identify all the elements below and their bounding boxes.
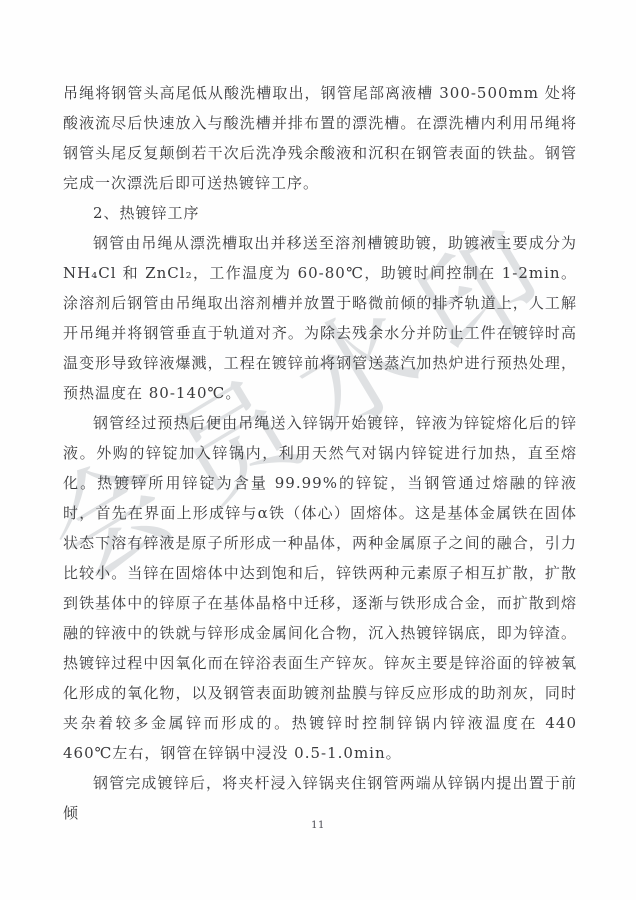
page-number: 11 [0, 820, 636, 831]
document-body: 吊绳将钢管头高尾低从酸洗槽取出，钢管尾部离液槽 300-500mm 处将酸液流尽… [63, 78, 577, 828]
paragraph: 吊绳将钢管头高尾低从酸洗槽取出，钢管尾部离液槽 300-500mm 处将酸液流尽… [63, 78, 577, 198]
paragraph: 钢管经过预热后便由吊绳送入锌锅开始镀锌，锌液为锌锭熔化后的锌液。外购的锌锭加入锌… [63, 408, 577, 768]
document-page: 会员水印 吊绳将钢管头高尾低从酸洗槽取出，钢管尾部离液槽 300-500mm 处… [0, 0, 636, 900]
paragraph: 钢管完成镀锌后，将夹杆浸入锌锅夹住钢管两端从锌锅内提出置于前倾 [63, 768, 577, 828]
paragraph: 钢管由吊绳从漂洗槽取出并移送至溶剂槽镀助镀，助镀液主要成分为 NH₄Cl 和 Z… [63, 228, 577, 408]
section-heading: 2、热镀锌工序 [63, 198, 577, 228]
